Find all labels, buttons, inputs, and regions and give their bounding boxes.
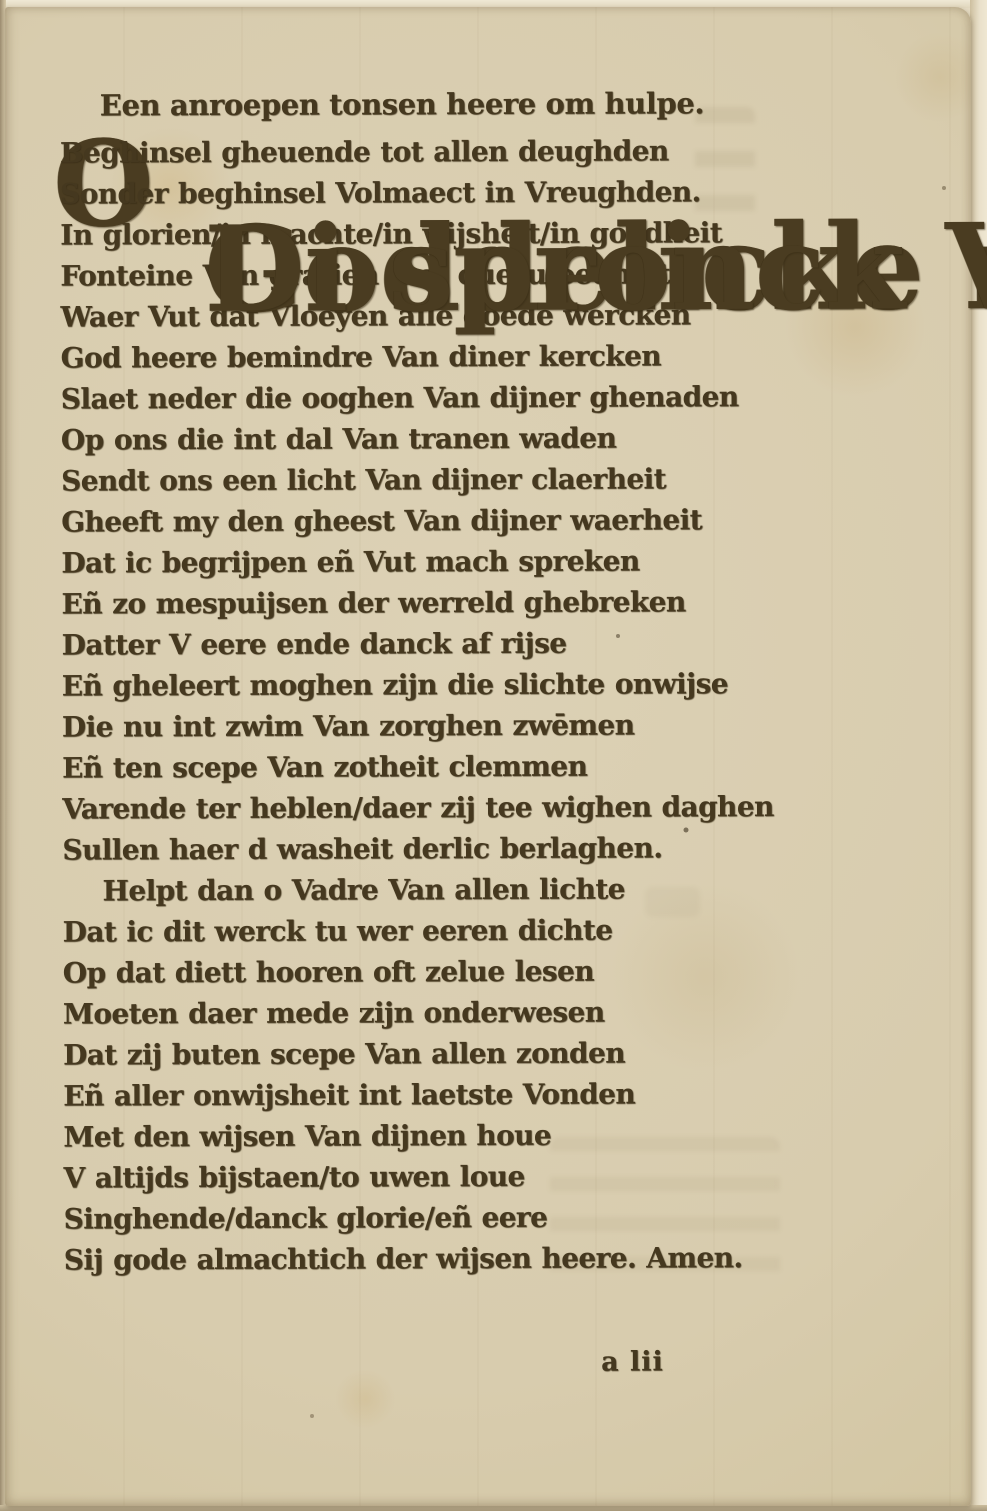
poem-line: Die nu int zwim Van zorghen zwēmen <box>62 704 774 747</box>
poem-line: Slaet neder die ooghen Van dijner ghenad… <box>61 376 773 419</box>
poem-line: Gheeft my den gheest Van dijner waerheit <box>61 499 773 542</box>
poem-line: Sij gode almachtich der wijsen heere. Am… <box>64 1237 776 1280</box>
signature-mark: a lii <box>601 1346 664 1377</box>
printed-text-block: Een anroepen tonsen heere om hulpe. O Go… <box>2 5 973 1507</box>
poem-line: Dat ic begrijpen eñ Vut mach spreken <box>61 540 773 583</box>
poem-line: Di spronck Van goede noch nye Volpresen <box>110 240 987 292</box>
poem-line: Met den wijsen Van dijnen houe <box>63 1114 775 1157</box>
poem-line: God heere bemindre Van diner kercken <box>61 335 773 378</box>
poem-line: Op ons die int dal Van tranen waden <box>61 417 773 460</box>
poem-line: Moeten daer mede zijn onderwesen <box>63 991 775 1034</box>
poem-line: Singhende/danck glorie/eñ eere <box>64 1196 776 1239</box>
poem-line: Varende ter heblen/daer zij tee wighen d… <box>62 786 774 829</box>
poem-line: Dat ic dit werck tu wer eeren dichte <box>63 909 775 952</box>
poem-line: Datter V eere ende danck af rijse <box>62 622 774 665</box>
poem-line: V altijds bijstaen/to uwen loue <box>63 1155 775 1198</box>
poem-heading: Een anroepen tonsen heere om hulpe. <box>100 86 704 122</box>
poem-line: Helpt dan o Vadre Van allen lichte <box>62 868 774 911</box>
poem-line: Eñ gheleert moghen zijn die slichte onwi… <box>62 663 774 706</box>
book-page: Een anroepen tonsen heere om hulpe. O Go… <box>5 7 971 1506</box>
poem-line: Eñ ten scepe Van zotheit clemmen <box>62 745 774 788</box>
poem-line: Sendt ons een licht Van dijner claerheit <box>61 458 773 501</box>
poem-line: Eñ zo mespuijsen der werreld ghebreken <box>61 581 773 624</box>
poem-body: Goddelicke maiesteit allerhoochste wesen… <box>60 130 776 1280</box>
poem-line: Sullen haer d washeit derlic berlaghen. <box>62 827 774 870</box>
poem-line: Dat zij buten scepe Van allen zonden <box>63 1032 775 1075</box>
poem-line: Op dat diett hooren oft zelue lesen <box>63 950 775 993</box>
poem-line: Eñ aller onwijsheit int laetste Vonden <box>63 1073 775 1116</box>
poem-line: Beghinsel gheuende tot allen deughden <box>60 130 772 173</box>
